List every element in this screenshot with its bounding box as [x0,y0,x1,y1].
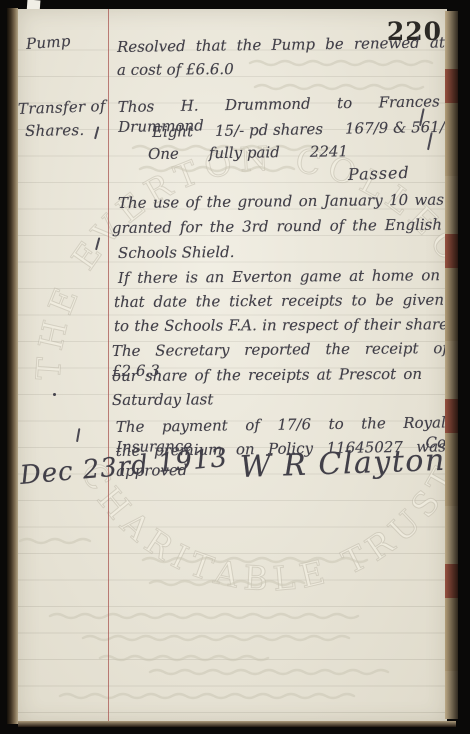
margin-label-pump: Pump [25,31,71,54]
minute-pump-line2: a cost of £6.6.0 [117,59,234,80]
transfer-row2-qty: One [148,144,179,164]
ground-line1: The use of the ground on January 10 was [118,190,444,213]
transfer-row1-numbers: 167/9 & 561/5 [345,117,455,139]
receipts-line2: our share of the receipts at Prescot on [112,364,422,386]
minute-book-scan: THE EVERTON COLLECTION CHARITABLE TRUST … [0,0,470,734]
ground-line3: Schools Shield. [118,242,235,263]
ground-line6: to the Schools F.A. in respect of their … [114,314,448,336]
chairman-signature: W R Clayton [239,443,446,486]
transfer-shares-row2: One fully paid 2241 [148,141,348,164]
ground-line4: If there is an Everton game at home on [118,265,440,288]
ground-line2: granted for the 3rd round of the English [112,215,442,238]
ink-dot [53,393,56,396]
transfer-row1-qty: Eight [152,121,193,142]
transfer-row2-type: fully paid [209,142,280,163]
book-binding-edge [7,8,18,724]
margin-label-transfer-line2: Shares. [25,120,85,141]
margin-label-transfer-line1: Transfer of [18,96,106,119]
page-edges-right [445,11,458,719]
transfer-row1-type: 15/- pd shares [215,119,323,141]
ground-line5: that date the ticket receipts to be give… [114,290,444,312]
red-margin-rule [108,9,109,723]
transfer-passed-note: Passed [348,163,410,185]
transfer-row2-numbers: 2241 [310,141,348,162]
page-edge-bottom [18,721,456,727]
ledger-page: THE EVERTON COLLECTION CHARITABLE TRUST … [18,9,447,723]
receipts-line3: Saturday last [112,389,213,410]
